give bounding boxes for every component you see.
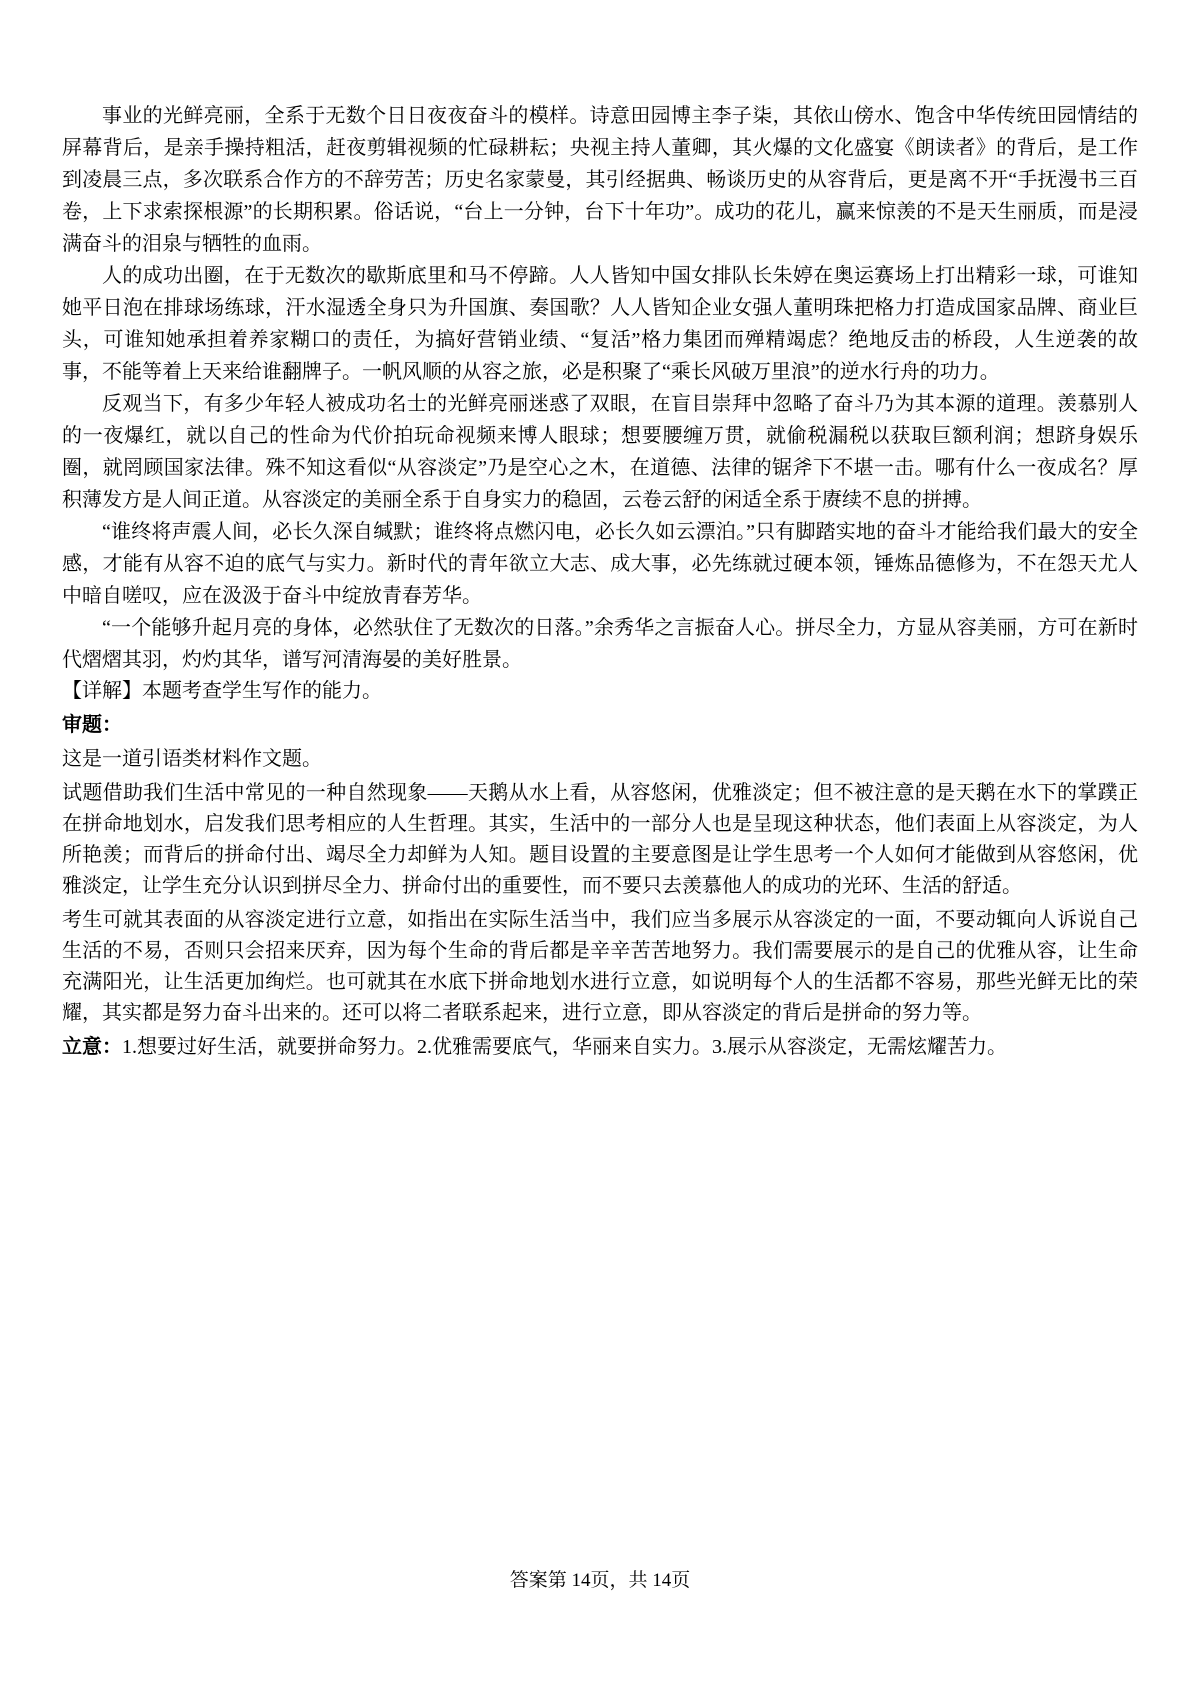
- detail-label: 【详解】: [62, 680, 142, 702]
- liyi-label: 立意：: [62, 1036, 122, 1058]
- liyi-paragraph: 立意：1.想要过好生活，就要拼命努力。2.优雅需要底气，华丽来自实力。3.展示从…: [62, 1032, 1138, 1063]
- analysis-paragraph-1: 试题借助我们生活中常见的一种自然现象——天鹅从水上看，从容悠闲，优雅淡定；但不被…: [62, 778, 1138, 902]
- essay-paragraph-2: 人的成功出圈，在于无数次的歇斯底里和马不停蹄。人人皆知中国女排队长朱婷在奥运赛场…: [62, 260, 1138, 388]
- essay-body: 事业的光鲜亮丽，全系于无数个日日夜夜奋斗的模样。诗意田园博主李子柒，其依山傍水、…: [62, 100, 1138, 676]
- analysis-section: 【详解】本题考查学生写作的能力。 审题： 这是一道引语类材料作文题。 试题借助我…: [62, 676, 1138, 1063]
- essay-paragraph-5: “一个能够升起月亮的身体，必然驮住了无数次的日落。”余秀华之言振奋人心。拼尽全力…: [62, 612, 1138, 676]
- document-page: 事业的光鲜亮丽，全系于无数个日日夜夜奋斗的模样。诗意田园博主李子柒，其依山傍水、…: [0, 0, 1200, 1698]
- liyi-text: 1.想要过好生活，就要拼命努力。2.优雅需要底气，华丽来自实力。3.展示从容淡定…: [122, 1036, 1007, 1058]
- essay-paragraph-4: “谁终将声震人间，必长久深自缄默；谁终将点燃闪电，必长久如云漂泊。”只有脚踏实地…: [62, 516, 1138, 612]
- page-footer: 答案第 14页，共 14页: [0, 1568, 1200, 1594]
- detail-note: 【详解】本题考查学生写作的能力。: [62, 676, 1138, 707]
- essay-paragraph-1: 事业的光鲜亮丽，全系于无数个日日夜夜奋斗的模样。诗意田园博主李子柒，其依山傍水、…: [62, 100, 1138, 260]
- shenti-intro: 这是一道引语类材料作文题。: [62, 744, 1138, 775]
- detail-text: 本题考查学生写作的能力。: [142, 680, 382, 702]
- analysis-paragraph-2: 考生可就其表面的从容淡定进行立意，如指出在实际生活当中，我们应当多展示从容淡定的…: [62, 905, 1138, 1029]
- essay-paragraph-3: 反观当下，有多少年轻人被成功名士的光鲜亮丽迷惑了双眼，在盲目崇拜中忽略了奋斗乃为…: [62, 388, 1138, 516]
- shenti-heading: 审题：: [62, 710, 1138, 741]
